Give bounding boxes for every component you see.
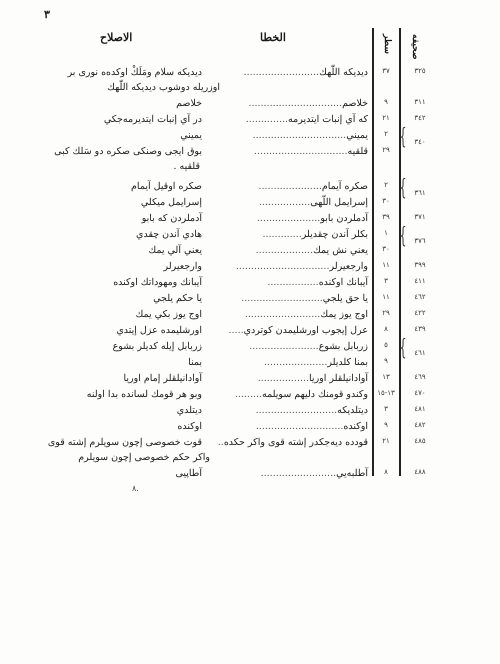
correction-cell: اوكنده <box>37 421 202 432</box>
correction-cell: ديتلدي <box>37 405 202 416</box>
error-cell: يا حق يلجي........................... <box>193 293 368 304</box>
line-cell: ١١ <box>376 293 396 301</box>
table-row: ٣٤٠ ٢ يميني.............................… <box>0 130 500 144</box>
error-cell: وارجعيرلر............................... <box>193 261 368 272</box>
table-row: ٤٦٢ ١١ يا حق يلجي.......................… <box>0 293 500 307</box>
table-row: ٤٨٥ ٢١ قودده ديه‌جكدر إشته قوى واكر حكده… <box>0 437 500 451</box>
correction-cell: وارجعيرلر <box>37 261 202 272</box>
correction-cell: زربابل إيله كديلر بشوع <box>37 341 202 352</box>
correction-cell: اوج يوز بكي يمك <box>37 309 202 320</box>
page-cell: ٣٤٠ <box>405 138 435 146</box>
correction-cell: صكره اوقيل آيمام <box>37 181 202 192</box>
correction-cell: يميني <box>37 130 202 141</box>
error-cell: يميني............................... <box>193 130 368 141</box>
correction-cell: يعني آلي يمك <box>37 245 202 256</box>
correction-cell: يا حكم يلجي <box>37 293 202 304</box>
table-row: ٣٠ يعني نش يمك................... يعني آ… <box>0 245 500 259</box>
correction-cell: بمنا <box>37 357 202 368</box>
error-cell: آوادانيلقلر اوريا................. <box>193 373 368 384</box>
table-row: ٣٦١ ٢ صكره آيمام..................... صك… <box>0 181 500 195</box>
line-cell: ٣٧ <box>376 67 396 75</box>
correction-cell: إسرايمل ميكلي <box>37 197 202 208</box>
line-cell: ٢ <box>376 181 396 189</box>
line-cell: ٩ <box>376 98 396 106</box>
error-cell: كه آي إنبات ايتديرمه.............. <box>193 114 368 125</box>
line-cell: ٣ <box>376 277 396 285</box>
correction-cell-continued: اوزریله دوشوب دیدیکه اللّٰهك <box>107 82 220 93</box>
correction-cell: وبو هر قومك لسانده بدا اولنه <box>37 389 202 400</box>
correction-cell: خلاصم <box>37 98 202 109</box>
table-row: ٤٣٩ ٨ عرل إيجوب اورشليمدن كوتردي..... او… <box>0 325 500 339</box>
error-cell: بمنا كلديلر..................... <box>193 357 368 368</box>
error-cell: ديتلديكه........................... <box>193 405 368 416</box>
line-cell: ١٣-١٥ <box>376 389 396 397</box>
line-cell: ٨ <box>376 325 396 333</box>
table-row: ٣٧٦ ١ بكلر آندن چقديلر............. هادي… <box>0 229 500 243</box>
line-cell: ٥ <box>376 341 396 349</box>
page-cell: ٣٦١ <box>405 189 435 197</box>
error-cell: آدملردن بابو..................... <box>193 213 368 224</box>
error-cell: دیدیکه اللّٰهك......................... <box>193 67 368 78</box>
line-cell: ١٣ <box>376 373 396 381</box>
correction-cell: بوق ايجى وصنكى صكره دو سَلك كبى <box>37 146 202 157</box>
header-page: صحيفه <box>410 34 420 60</box>
page-cell: ٤٦٢ <box>405 293 435 301</box>
page-cell: ٣١١ <box>405 98 435 106</box>
table-row: ٣١١ ٩ خلاصم.............................… <box>0 98 500 112</box>
table-row: ٣٢٥ ٣٧ دیدیکه اللّٰهك...................… <box>0 67 500 81</box>
correction-cell-continued: واكر حكم خصوصى إچون سويلرم <box>78 452 210 463</box>
correction-cell: آوادانيلقلر إمام اوريا <box>37 373 202 384</box>
error-cell: اوكنده............................. <box>193 421 368 432</box>
table-row: ٤٢٢ ٢٩ اوج يوز يمك......................… <box>0 309 500 323</box>
correction-cell: آطاپيى <box>37 468 202 479</box>
correction-cell: در آي إنبات ايتديرمه‌جكي <box>37 114 202 125</box>
error-cell: اوج يوز يمك......................... <box>193 309 368 320</box>
correction-cell: آيبانك ومهوداتك اوكنده <box>37 277 202 288</box>
error-cell: بكلر آندن چقديلر............. <box>193 229 368 240</box>
brace-group: { <box>400 178 407 200</box>
error-cell: خلاصم............................... <box>193 98 368 109</box>
error-cell: عرل إيجوب اورشليمدن كوتردي..... <box>193 325 368 336</box>
table-row: ٣٧١ ٣٩ آدملردن بابو.....................… <box>0 213 500 227</box>
table-row: ٤٧٠ ١٣-١٥ وكندو قومنك دليهم سويلمه......… <box>0 389 500 403</box>
table-row: ٤٨٢ ٩ اوكنده............................… <box>0 421 500 435</box>
error-cell: وكندو قومنك دليهم سويلمه......... <box>193 389 368 400</box>
header-error: الخطا <box>260 31 286 44</box>
table-row: ٢٩ قلقيه............................... … <box>0 146 500 160</box>
table-row-continued: واكر حكم خصوصى إچون سويلرم <box>0 452 500 466</box>
page-cell: ٤٨٢ <box>405 421 435 429</box>
correction-cell: هادي آندن چقدي <box>37 229 202 240</box>
table-row: ٩ بمنا كلديلر..................... بمنا <box>0 357 500 371</box>
table-row: ٤٨٨ ٨ آطلبه‌يي......................... … <box>0 468 500 482</box>
line-cell: ٣ <box>376 405 396 413</box>
page-cell: ٤٦٩ <box>405 373 435 381</box>
error-cell: يعني نش يمك................... <box>193 245 368 256</box>
page-cell: ٣٩٩ <box>405 261 435 269</box>
error-cell: قلقيه............................... <box>193 146 368 157</box>
brace-group: { <box>400 226 407 248</box>
correction-cell: اورشليمده عزل إيتدي <box>37 325 202 336</box>
correction-cell-continued: قلقيه . <box>174 161 201 172</box>
line-cell: ٢١ <box>376 114 396 122</box>
line-cell: ٢٩ <box>376 309 396 317</box>
error-cell: إسرايمل اللّهى................. <box>193 197 368 208</box>
correction-cell: دیدیکه سلام ومَلَكْ اوكدەه نوری بر <box>37 67 202 78</box>
error-cell: قودده ديه‌جكدر إشته قوى واكر حكده.. <box>193 437 368 448</box>
line-cell: ٩ <box>376 357 396 365</box>
line-cell: ٣٩ <box>376 213 396 221</box>
line-cell: ٢٩ <box>376 146 396 154</box>
footer-mark: ٨. <box>132 484 139 493</box>
correction-cell: آدملردن كه بابو <box>37 213 202 224</box>
error-cell: آطلبه‌يي......................... <box>193 468 368 479</box>
page-cell: ٤٨٨ <box>405 468 435 476</box>
table-row: ٣٠ إسرايمل اللّهى................. إسراي… <box>0 197 500 211</box>
table-row: ٤٦١ ٥ زربابل بشوع.......................… <box>0 341 500 355</box>
table-row-continued: قلقيه . <box>0 161 500 175</box>
line-cell: ٩ <box>376 421 396 429</box>
page-cell: ٣٤٢ <box>405 114 435 122</box>
page-cell: ٤٧٠ <box>405 389 435 397</box>
brace-group: { <box>400 338 407 360</box>
header-line: سطر <box>382 34 392 54</box>
page-number: ٣ <box>44 8 50 21</box>
line-cell: ٣٠ <box>376 245 396 253</box>
error-cell: زربابل بشوع....................... <box>193 341 368 352</box>
line-cell: ١ <box>376 229 396 237</box>
line-cell: ٢ <box>376 130 396 138</box>
table-row: ٤٨١ ٣ ديتلديكه..........................… <box>0 405 500 419</box>
table-row: ٣٤٢ ٢١ كه آي إنبات ايتديرمه.............… <box>0 114 500 128</box>
page-cell: ٤٢٢ <box>405 309 435 317</box>
page-cell: ٣٢٥ <box>405 67 435 75</box>
line-cell: ٨ <box>376 468 396 476</box>
table-row: ٤٦٩ ١٣ آوادانيلقلر اوريا................… <box>0 373 500 387</box>
table-row: ٣٩٩ ١١ وارجعيرلر........................… <box>0 261 500 275</box>
document-page: ٣ الاصلاح الخطا سطر صحيفه ٣٢٥ ٣٧ دیدیکه … <box>0 0 500 664</box>
page-cell: ٤٦١ <box>405 349 435 357</box>
header-correction: الاصلاح <box>100 31 132 44</box>
page-cell: ٤١١ <box>405 277 435 285</box>
page-cell: ٣٧٦ <box>405 237 435 245</box>
correction-cell: قوت خصوصى إچون سويلرم إشته قوى <box>37 437 202 448</box>
page-cell: ٣٧١ <box>405 213 435 221</box>
page-cell: ٤٨٥ <box>405 437 435 445</box>
table-row: ٤١١ ٣ آيبانك اوكنده................. آيب… <box>0 277 500 291</box>
brace-group: { <box>400 127 407 149</box>
line-cell: ١١ <box>376 261 396 269</box>
line-cell: ٣٠ <box>376 197 396 205</box>
line-cell: ٢١ <box>376 437 396 445</box>
error-cell: آيبانك اوكنده................. <box>193 277 368 288</box>
table-row-continued: اوزریله دوشوب دیدیکه اللّٰهك <box>0 82 500 96</box>
page-cell: ٤٣٩ <box>405 325 435 333</box>
error-cell: صكره آيمام..................... <box>193 181 368 192</box>
page-cell: ٤٨١ <box>405 405 435 413</box>
